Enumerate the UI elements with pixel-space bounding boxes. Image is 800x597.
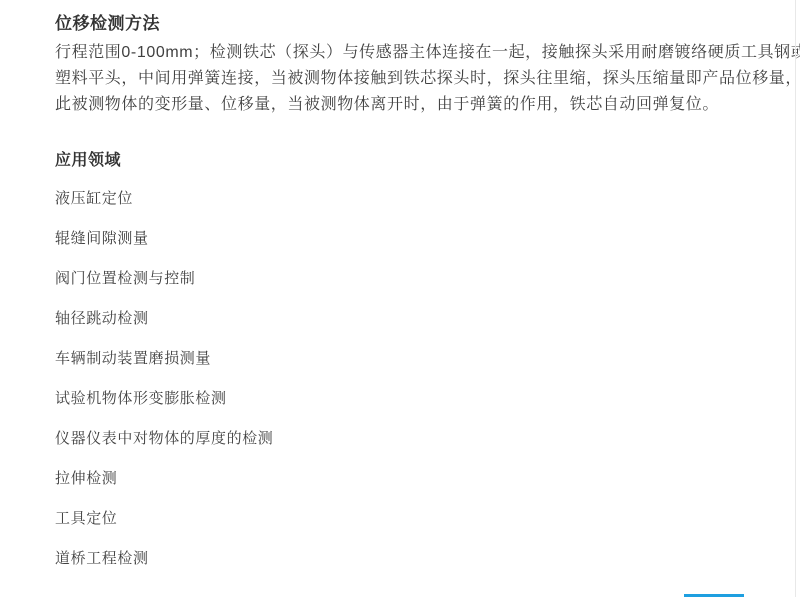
application-list: 液压缸定位 辊缝间隙测量 阀门位置检测与控制 轴径跳动检测 车辆制动装置磨损测量… [55,190,755,568]
paragraph-line: 塑料平头，中间用弹簧连接，当被测物体接触到铁芯探头时，探头往里缩，探头压缩量即产… [55,66,755,92]
paragraph-line: 行程范围0-100mm；检测铁芯（探头）与传感器主体连接在一起，接触探头采用耐磨… [55,40,755,66]
list-item: 试验机物体形变膨胀检测 [55,390,755,408]
document-content: 位移检测方法 行程范围0-100mm；检测铁芯（探头）与传感器主体连接在一起，接… [55,0,755,590]
product-detail-page: 位移检测方法 行程范围0-100mm；检测铁芯（探头）与传感器主体连接在一起，接… [0,0,800,597]
list-item: 工具定位 [55,510,755,528]
section-title-displacement-method: 位移检测方法 [55,14,755,33]
content-right-border [795,0,796,597]
list-item: 拉伸检测 [55,470,755,488]
method-description-paragraph: 行程范围0-100mm；检测铁芯（探头）与传感器主体连接在一起，接触探头采用耐磨… [55,40,755,118]
list-item: 辊缝间隙测量 [55,230,755,248]
paragraph-line: 此被测物体的变形量、位移量，当被测物体离开时，由于弹簧的作用，铁芯自动回弹复位。 [55,92,755,118]
list-item: 仪器仪表中对物体的厚度的检测 [55,430,755,448]
list-item: 道桥工程检测 [55,550,755,568]
list-item: 阀门位置检测与控制 [55,270,755,288]
list-item: 轴径跳动检测 [55,310,755,328]
list-item: 车辆制动装置磨损测量 [55,350,755,368]
list-item: 液压缸定位 [55,190,755,208]
section-title-applications: 应用领域 [55,152,755,170]
